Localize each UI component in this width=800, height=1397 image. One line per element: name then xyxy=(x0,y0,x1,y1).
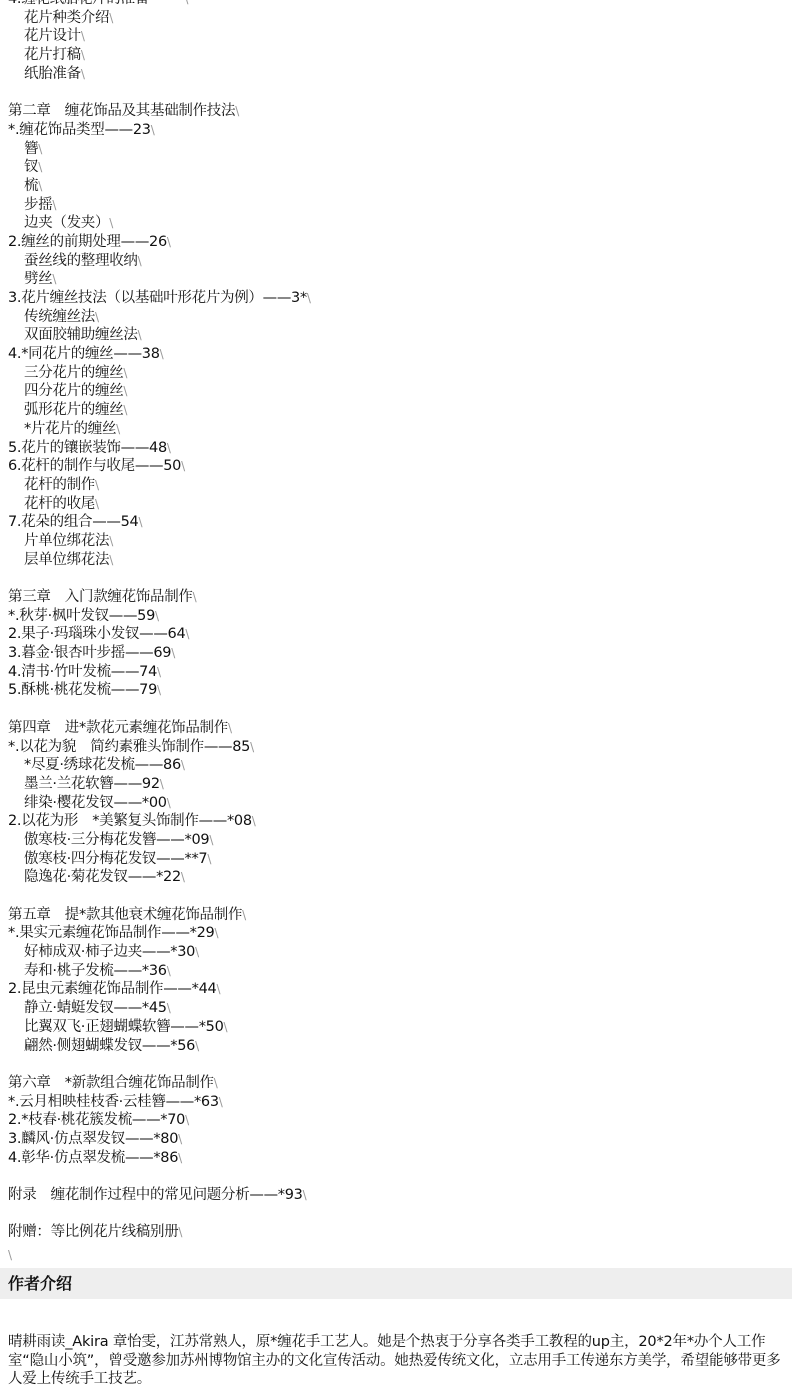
line-end-backslash: \ xyxy=(178,1151,182,1165)
toc-subitem: 传统缠丝法\ xyxy=(8,308,798,327)
line-end-backslash: \ xyxy=(167,1001,171,1015)
section-gap xyxy=(8,1205,798,1224)
toc-chapter-heading: 第三章 入门款缠花饰品制作\ xyxy=(8,588,798,607)
toc-entry-text: 四分花片的缠丝 xyxy=(24,383,123,399)
line-end-backslash: \ xyxy=(178,1225,182,1239)
toc-subitem: 簪\ xyxy=(8,140,798,159)
toc-item: *.以花为貌 简约素雅头饰制作——85\ xyxy=(8,738,798,757)
toc-item: *.秋芽·枫叶发钗——59\ xyxy=(8,607,798,626)
toc-entry-text: 片单位绑花法 xyxy=(24,533,109,549)
toc-entry-text: *.果实元素缠花饰品制作——*29 xyxy=(8,925,214,941)
toc-subitem: 花片种类介绍\ xyxy=(8,9,798,28)
line-end-backslash: \ xyxy=(160,347,164,361)
line-end-backslash: \ xyxy=(52,198,56,212)
line-end-backslash: \ xyxy=(38,160,42,174)
section-gap xyxy=(8,1055,798,1074)
toc-entry-text: 三分花片的缠丝 xyxy=(24,365,123,381)
toc-item: 2.昆虫元素缠花饰品制作——*44\ xyxy=(8,980,798,999)
toc-subitem: 花片打稿\ xyxy=(8,46,798,65)
toc-subitem: 傲寒枝·三分梅花发簪——*09\ xyxy=(8,831,798,850)
toc-entry-text: 步摇 xyxy=(24,197,52,213)
line-end-backslash: \ xyxy=(38,179,42,193)
toc-subitem: 静立·蜻蜓发钗——*45\ xyxy=(8,999,798,1018)
line-end-backslash: \ xyxy=(160,777,164,791)
section-gap xyxy=(8,700,798,719)
line-end-backslash: \ xyxy=(167,796,171,810)
line-end-backslash: \ xyxy=(178,1132,182,1146)
toc-subitem: 墨兰·兰花软簪——92\ xyxy=(8,775,798,794)
toc-item: 4.*同花片的缠丝——38\ xyxy=(8,345,798,364)
toc-entry-text: 第二章 缠花饰品及其基础制作技法 xyxy=(8,103,235,119)
stray-backslash-mark: \ xyxy=(8,1248,12,1262)
line-end-backslash: \ xyxy=(171,646,175,660)
line-end-backslash: \ xyxy=(155,609,159,623)
line-end-backslash: \ xyxy=(181,459,185,473)
toc-entry-text: 钗 xyxy=(24,159,38,175)
line-end-backslash: \ xyxy=(139,515,143,529)
toc-item: 2.*枝春·桃花簇发梳——*70\ xyxy=(8,1111,798,1130)
toc-entry-text: 傲寒枝·三分梅花发簪——*09 xyxy=(24,832,209,848)
toc-entry-text: 3.花片缠丝技法（以基础叶形花片为例）——3* xyxy=(8,290,307,306)
toc-subitem: 绯染·樱花发钗——*00\ xyxy=(8,794,798,813)
toc-entry-text: 传统缠丝法 xyxy=(24,309,95,325)
toc-entry-text: 隐逸花·菊花发钗——*22 xyxy=(24,869,181,885)
line-end-backslash: \ xyxy=(235,104,239,118)
toc-item: 7.花朵的组合——54\ xyxy=(8,513,798,532)
toc-entry-text: 寿和·桃子发梳——*36 xyxy=(24,963,167,979)
toc-item: 4.彰华·仿点翠发梳——*86\ xyxy=(8,1149,798,1168)
toc-entry-text: 双面胶辅助缠丝法 xyxy=(24,327,138,343)
line-end-backslash: \ xyxy=(242,908,246,922)
toc-entry-text: 2.果子·玛瑙珠小发钗——64 xyxy=(8,626,185,642)
toc-entry-text: 2.昆虫元素缠花饰品制作——*44 xyxy=(8,981,216,997)
toc-entry-text: *.缠花饰品类型——23 xyxy=(8,122,151,138)
author-section-header: 作者介绍 xyxy=(0,1268,792,1299)
line-end-backslash: \ xyxy=(38,142,42,156)
toc-entry-text: 第四章 进*款花元素缠花饰品制作 xyxy=(8,720,228,736)
line-end-backslash: \ xyxy=(224,1020,228,1034)
toc-entry-text: 绯染·樱花发钗——*00 xyxy=(24,795,167,811)
toc-subitem: 片单位绑花法\ xyxy=(8,532,798,551)
toc-subitem: 花片设计\ xyxy=(8,27,798,46)
toc-entry-text: 4.彰华·仿点翠发梳——*86 xyxy=(8,1150,178,1166)
line-end-backslash: \ xyxy=(157,683,161,697)
toc-item: 3.麟风·仿点翠发钗——*80\ xyxy=(8,1130,798,1149)
toc-entry-text: 簪 xyxy=(24,141,38,157)
toc-item: 2.缠丝的前期处理——26\ xyxy=(8,233,798,252)
toc-subitem: 三分花片的缠丝\ xyxy=(8,364,798,383)
toc-entry-text: 第三章 入门款缠花饰品制作 xyxy=(8,589,193,605)
toc-subitem: 花杆的收尾\ xyxy=(8,495,798,514)
table-of-contents: 4.缠花纸胎花片的准备——*\花片种类介绍\花片设计\花片打稿\纸胎准备\第二章… xyxy=(8,0,798,1242)
toc-entry-text: 比翼双飞·正翅蝴蝶软簪——*50 xyxy=(24,1019,224,1035)
toc-entry-text: *片花片的缠丝 xyxy=(24,421,116,437)
toc-entry-text: 翩然·侧翅蝴蝶发钗——*56 xyxy=(24,1038,195,1054)
toc-item: *.云月相映桂枝香·云桂簪——*63\ xyxy=(8,1093,798,1112)
line-end-backslash: \ xyxy=(109,216,113,230)
author-bio-paragraph: 晴耕雨读_Akira 章怡雯，江苏常熟人，原*缠花手工艺人。她是个热衷于分享各类… xyxy=(8,1333,794,1389)
section-gap xyxy=(8,83,798,102)
line-end-backslash: \ xyxy=(307,291,311,305)
line-end-backslash: \ xyxy=(81,67,85,81)
toc-subitem: 钗\ xyxy=(8,158,798,177)
toc-entry-text: 第五章 提*款其他衰术缠花饰品制作 xyxy=(8,907,242,923)
line-end-backslash: \ xyxy=(216,982,220,996)
toc-subitem: 劈丝\ xyxy=(8,270,798,289)
toc-entry-text: 5.花片的镶嵌装饰——48 xyxy=(8,440,167,456)
toc-entry-text: 墨兰·兰花软簪——92 xyxy=(24,776,160,792)
toc-subitem: 边夹（发夹）\ xyxy=(8,214,798,233)
toc-entry-text: 5.酥桃·桃花发梳——79 xyxy=(8,682,157,698)
line-end-backslash: \ xyxy=(81,48,85,62)
toc-item: 3.花片缠丝技法（以基础叶形花片为例）——3*\ xyxy=(8,289,798,308)
toc-entry-text: 花片设计 xyxy=(24,28,81,44)
line-end-backslash: \ xyxy=(138,328,142,342)
toc-item: 4.清书·竹叶发梳——74\ xyxy=(8,663,798,682)
toc-entry-text: 7.花朵的组合——54 xyxy=(8,514,139,530)
toc-entry-text: *.秋芽·枫叶发钗——59 xyxy=(8,608,155,624)
line-end-backslash: \ xyxy=(95,478,99,492)
toc-entry-text: *.以花为貌 简约素雅头饰制作——85 xyxy=(8,739,250,755)
toc-entry-text: 2.以花为形 *美繁复头饰制作——*08 xyxy=(8,813,252,829)
toc-subitem: 四分花片的缠丝\ xyxy=(8,382,798,401)
line-end-backslash: \ xyxy=(116,422,120,436)
toc-item: *.缠花饰品类型——23\ xyxy=(8,121,798,140)
line-end-backslash: \ xyxy=(219,1095,223,1109)
line-end-backslash: \ xyxy=(250,740,254,754)
line-end-backslash: \ xyxy=(109,534,113,548)
toc-subitem: 花杆的制作\ xyxy=(8,476,798,495)
toc-item: 5.花片的镶嵌装饰——48\ xyxy=(8,439,798,458)
toc-entry-text: *.云月相映桂枝香·云桂簪——*63 xyxy=(8,1094,219,1110)
toc-subitem: 双面胶辅助缠丝法\ xyxy=(8,326,798,345)
line-end-backslash: \ xyxy=(123,366,127,380)
line-end-backslash: \ xyxy=(109,553,113,567)
line-end-backslash: \ xyxy=(109,11,113,25)
toc-subitem: 蚕丝线的整理收纳\ xyxy=(8,252,798,271)
line-end-backslash: \ xyxy=(209,833,213,847)
toc-entry-text: *尽夏·绣球花发梳——86 xyxy=(24,757,181,773)
toc-entry-text: 6.花杆的制作与收尾——50 xyxy=(8,458,181,474)
toc-entry-text: 纸胎准备 xyxy=(24,66,81,82)
author-section: 作者介绍 xyxy=(0,1268,792,1299)
toc-subitem: 比翼双飞·正翅蝴蝶软簪——*50\ xyxy=(8,1018,798,1037)
line-end-backslash: \ xyxy=(214,926,218,940)
line-end-backslash: \ xyxy=(228,721,232,735)
line-end-backslash: \ xyxy=(167,441,171,455)
toc-entry-text: 附赠：等比例花片线稿别册 xyxy=(8,1224,178,1240)
line-end-backslash: \ xyxy=(157,665,161,679)
toc-entry-text: 4.缠花纸胎花片的准备——* xyxy=(8,0,184,7)
toc-entry-text: 静立·蜻蜓发钗——*45 xyxy=(24,1000,167,1016)
toc-subitem: *片花片的缠丝\ xyxy=(8,420,798,439)
line-end-backslash: \ xyxy=(185,1113,189,1127)
line-end-backslash: \ xyxy=(138,254,142,268)
line-end-backslash: \ xyxy=(95,310,99,324)
line-end-backslash: \ xyxy=(185,627,189,641)
toc-chapter-heading: 第二章 缠花饰品及其基础制作技法\ xyxy=(8,102,798,121)
line-end-backslash: \ xyxy=(181,870,185,884)
toc-subitem: 步摇\ xyxy=(8,196,798,215)
toc-chapter-heading: 附录 缠花制作过程中的常见问题分析——*93\ xyxy=(8,1186,798,1205)
toc-subitem: 层单位绑花法\ xyxy=(8,551,798,570)
toc-entry-text: 弧形花片的缠丝 xyxy=(24,402,123,418)
line-end-backslash: \ xyxy=(207,852,211,866)
toc-subitem: 好柿成双·柿子边夹——*30\ xyxy=(8,943,798,962)
line-end-backslash: \ xyxy=(195,1039,199,1053)
toc-entry-text: 花片打稿 xyxy=(24,47,81,63)
toc-entry-text: 梳 xyxy=(24,178,38,194)
line-end-backslash: \ xyxy=(81,29,85,43)
toc-subitem: 翩然·侧翅蝴蝶发钗——*56\ xyxy=(8,1037,798,1056)
toc-subitem: 弧形花片的缠丝\ xyxy=(8,401,798,420)
toc-subitem: 梳\ xyxy=(8,177,798,196)
toc-entry-text: 好柿成双·柿子边夹——*30 xyxy=(24,944,195,960)
toc-entry-text: 3.麟风·仿点翠发钗——*80 xyxy=(8,1131,178,1147)
toc-chapter-heading: 第五章 提*款其他衰术缠花饰品制作\ xyxy=(8,906,798,925)
toc-entry-text: 边夹（发夹） xyxy=(24,215,109,231)
line-end-backslash: \ xyxy=(52,272,56,286)
line-end-backslash: \ xyxy=(252,814,256,828)
line-end-backslash: \ xyxy=(303,1188,307,1202)
toc-subitem: *尽夏·绣球花发梳——86\ xyxy=(8,756,798,775)
toc-entry-text: 第六章 *新款组合缠花饰品制作 xyxy=(8,1075,214,1091)
toc-chapter-heading: 第四章 进*款花元素缠花饰品制作\ xyxy=(8,719,798,738)
toc-item: 5.酥桃·桃花发梳——79\ xyxy=(8,681,798,700)
toc-entry-text: 傲寒枝·四分梅花发钗——**7 xyxy=(24,851,207,867)
toc-subitem: 寿和·桃子发梳——*36\ xyxy=(8,962,798,981)
section-gap xyxy=(8,1167,798,1186)
line-end-backslash: \ xyxy=(184,0,188,6)
section-gap xyxy=(8,887,798,906)
toc-item: 3.暮金·银杏叶步摇——69\ xyxy=(8,644,798,663)
toc-item: 4.缠花纸胎花片的准备——*\ xyxy=(8,0,798,9)
line-end-backslash: \ xyxy=(181,758,185,772)
line-end-backslash: \ xyxy=(95,497,99,511)
toc-item: 2.以花为形 *美繁复头饰制作——*08\ xyxy=(8,812,798,831)
toc-subitem: 隐逸花·菊花发钗——*22\ xyxy=(8,868,798,887)
toc-item: *.果实元素缠花饰品制作——*29\ xyxy=(8,924,798,943)
toc-item: 6.花杆的制作与收尾——50\ xyxy=(8,457,798,476)
toc-entry-text: 花杆的收尾 xyxy=(24,496,95,512)
line-end-backslash: \ xyxy=(167,235,171,249)
toc-entry-text: 花片种类介绍 xyxy=(24,10,109,26)
toc-entry-text: 2.缠丝的前期处理——26 xyxy=(8,234,167,250)
line-end-backslash: \ xyxy=(123,403,127,417)
toc-subitem: 傲寒枝·四分梅花发钗——**7\ xyxy=(8,850,798,869)
toc-entry-text: 附录 缠花制作过程中的常见问题分析——*93 xyxy=(8,1187,303,1203)
toc-item: 2.果子·玛瑙珠小发钗——64\ xyxy=(8,625,798,644)
toc-entry-text: 劈丝 xyxy=(24,271,52,287)
line-end-backslash: \ xyxy=(193,590,197,604)
line-end-backslash: \ xyxy=(123,384,127,398)
toc-entry-text: 4.*同花片的缠丝——38 xyxy=(8,346,160,362)
line-end-backslash: \ xyxy=(214,1076,218,1090)
toc-entry-text: 蚕丝线的整理收纳 xyxy=(24,253,138,269)
toc-chapter-heading: 第六章 *新款组合缠花饰品制作\ xyxy=(8,1074,798,1093)
line-end-backslash: \ xyxy=(151,123,155,137)
toc-entry-text: 4.清书·竹叶发梳——74 xyxy=(8,664,157,680)
section-gap xyxy=(8,569,798,588)
toc-entry-text: 3.暮金·银杏叶步摇——69 xyxy=(8,645,171,661)
toc-entry-text: 2.*枝春·桃花簇发梳——*70 xyxy=(8,1112,185,1128)
toc-chapter-heading: 附赠：等比例花片线稿别册\ xyxy=(8,1223,798,1242)
toc-subitem: 纸胎准备\ xyxy=(8,65,798,84)
line-end-backslash: \ xyxy=(195,945,199,959)
line-end-backslash: \ xyxy=(167,964,171,978)
toc-entry-text: 层单位绑花法 xyxy=(24,552,109,568)
toc-entry-text: 花杆的制作 xyxy=(24,477,95,493)
